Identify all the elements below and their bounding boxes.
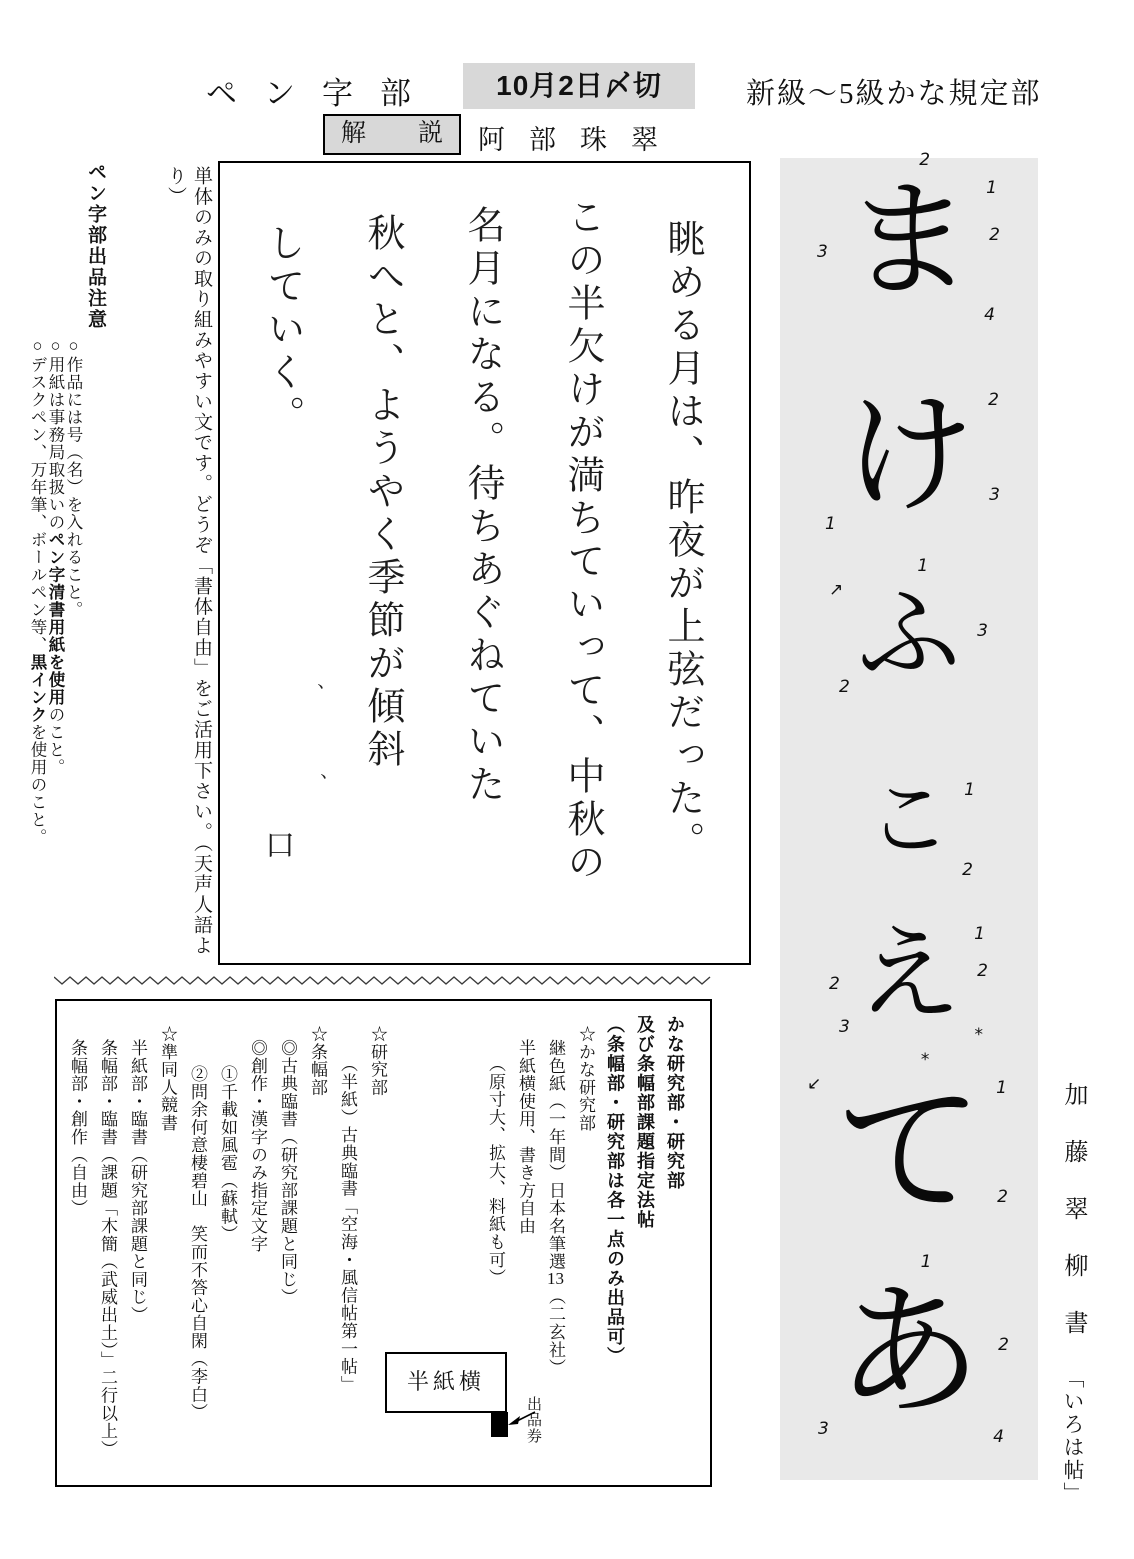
stroke-number: 4: [984, 307, 995, 324]
intro-note: 単体のみの取り組みやすい文です。どうぞ「書体自由」をご活用下さい。（天声人語より…: [162, 166, 214, 975]
assignment-column: ①千載如風雹（蘇軾）: [212, 1013, 242, 1473]
stroke-number: 2: [962, 862, 973, 879]
stroke-number: 1: [825, 516, 836, 533]
stroke-direction-arrow-icon: ↗: [829, 582, 843, 599]
assignment-column: 継色紙（一年間）日本名筆選13（二玄社）: [540, 1013, 570, 1473]
calligraphy-char: 1 2 2 3 * え: [857, 918, 961, 1030]
calligraphy-char: 1 2 3 4 あ: [836, 1274, 982, 1432]
calligraphy-char: 1 2 3 け: [843, 384, 975, 527]
assignment-column: ☆条幅部: [302, 1013, 332, 1473]
calligraphy-char: 2 1 2 3 4 ま: [845, 172, 973, 310]
assignments-title: かな研究部・研究部: [660, 1013, 690, 1473]
assignment-column: 条幅部・臨書（課題「木簡（武威出土）」二行以上）: [92, 1013, 122, 1473]
stroke-number: 1: [986, 180, 997, 197]
stroke-number: 3: [839, 1019, 850, 1036]
submission-notes: 単体のみの取り組みやすい文です。どうぞ「書体自由」をご活用下さい。（天声人語より…: [50, 160, 214, 975]
kana-glyph: て: [835, 1072, 983, 1232]
stroke-number: 3: [989, 487, 1000, 504]
check-mark: 、: [298, 683, 327, 703]
check-mark: 、: [301, 773, 330, 793]
stroke-number: 2: [839, 679, 850, 696]
kana-glyph: ふ: [857, 578, 961, 690]
calligraphy-char: 1 2 こ: [867, 774, 951, 865]
commentary-label: 解説: [323, 114, 461, 155]
stroke-number: 1: [921, 1254, 932, 1271]
bullet-text: ○デスクペン、万年筆、ボールペン等、: [28, 336, 47, 654]
hanshi-paper-diagram: 半紙横: [385, 1352, 507, 1413]
correction-mark: *: [921, 1052, 930, 1069]
note-bullet: ○作品には号（名）を入れること。: [64, 336, 82, 975]
notes-heading: ペン字部出品注意: [82, 162, 108, 975]
kana-glyph: え: [857, 918, 961, 1030]
calligraphy-char: * ↙ 1 2 て: [835, 1072, 983, 1232]
note-bullet: ○用紙は事務局取扱いのペン字清書用紙を使用のこと。: [46, 336, 64, 975]
stroke-number: 3: [977, 623, 988, 640]
calligraphy-char: 1 ↗ 3 2 ふ: [857, 578, 961, 690]
calligrapher-name: 加藤翠柳書: [1060, 1082, 1086, 1367]
corner-mark: 口: [254, 829, 298, 859]
assignments-box: かな研究部・研究部 及び条幅部課題指定法帖 （条幅部・研究部は各一点のみ出品可）…: [55, 999, 712, 1487]
commentary-author: 阿部珠翠: [478, 118, 682, 157]
assignment-column: ②問余何意棲碧山 笑而不答心自閑（李白）: [182, 1013, 212, 1473]
ticket-label: 出品券: [523, 1396, 544, 1444]
kana-glyph: こ: [867, 774, 951, 865]
stroke-number: 2: [998, 1337, 1009, 1354]
stroke-number: 1: [974, 926, 985, 943]
assignment-column: （半紙）古典臨書「空海・風信帖第一帖」: [332, 1013, 362, 1473]
bullet-bold-text: 黒インク: [28, 654, 46, 724]
stroke-number: 2: [977, 963, 988, 980]
kana-calligraphy-panel: 2 1 2 3 4 ま 1 2 3 け 1 ↗ 3 2 ふ 1 2 こ 1 2: [780, 158, 1038, 1480]
bullet-text: ○用紙は事務局取扱いの: [46, 336, 65, 531]
kana-glyph: あ: [836, 1274, 982, 1432]
magazine-page: ペン字部 10月2日〆切 新級～5級かな規定部 解説 阿部珠翠 単体のみの取り組…: [0, 0, 1134, 1559]
handwriting-line: 秋へと、ようやく季節が傾斜: [333, 213, 433, 943]
handwriting-line: この半欠けが満ちていって、中秋の: [533, 197, 633, 943]
stroke-number: 2: [919, 152, 930, 169]
assignment-column: ◎創作・漢字のみ指定文字: [242, 1013, 272, 1473]
note-bullet: ○デスクペン、万年筆、ボールペン等、黒インクを使用のこと。: [28, 336, 46, 975]
correction-mark: *: [975, 1027, 984, 1044]
assignment-column: ☆準同人競書: [152, 1013, 182, 1473]
stroke-number: 1: [964, 782, 975, 799]
stroke-number: 1: [996, 1080, 1007, 1097]
section-title: ペン字部: [206, 68, 438, 113]
assignment-column: 条幅部・創作（自由）: [62, 1013, 92, 1473]
stroke-number: 3: [817, 244, 828, 261]
stroke-number: 2: [989, 227, 1000, 244]
assignment-column: ☆かな研究部: [570, 1013, 600, 1473]
kana-glyph: け: [843, 384, 975, 527]
stroke-number: 3: [818, 1421, 829, 1438]
handwriting-model-box: 眺める月は、昨夜が上弦だった。 この半欠けが満ちていって、中秋の 名月になる。待…: [218, 161, 751, 965]
stroke-number: 4: [993, 1429, 1004, 1446]
bullet-bold-text: ペン字清書用紙を使用: [46, 531, 64, 706]
work-title: 「いろは帖」: [1061, 1367, 1085, 1505]
assignment-column: ◎古典臨書（研究部課題と同じ）: [272, 1013, 302, 1473]
assignments-title: （条幅部・研究部は各一点のみ出品可）: [600, 1013, 630, 1473]
assignment-text: 継色紙（一年間）日本名筆選: [546, 1039, 565, 1270]
tatechuyoko-number: 13: [546, 1270, 565, 1287]
stroke-direction-arrow-icon: ↙: [807, 1076, 821, 1093]
stroke-number: 1: [917, 558, 928, 575]
calligrapher-caption: 加藤翠柳書「いろは帖」: [1056, 1082, 1091, 1512]
bullet-text: を使用のこと。: [28, 724, 47, 847]
wavy-divider: [54, 973, 712, 987]
assignment-column: 半紙部・臨書（研究部課題と同じ）: [122, 1013, 152, 1473]
grade-subtitle: 新級～5級かな規定部: [746, 71, 1042, 112]
assignment-text: （二玄社）: [546, 1287, 565, 1376]
handwriting-line: 眺める月は、昨夜が上弦だった。: [633, 219, 733, 943]
bullet-text: のこと。: [46, 706, 65, 776]
handwriting-line: 名月になる。待ちあぐねていた: [433, 205, 533, 943]
stroke-number: 2: [997, 1189, 1008, 1206]
kana-glyph: ま: [845, 172, 973, 310]
assignments-title: 及び条幅部課題指定法帖: [630, 1013, 660, 1473]
deadline-badge: 10月2日〆切: [463, 63, 695, 109]
stroke-number: 2: [829, 976, 840, 993]
stroke-number: 2: [988, 392, 999, 409]
